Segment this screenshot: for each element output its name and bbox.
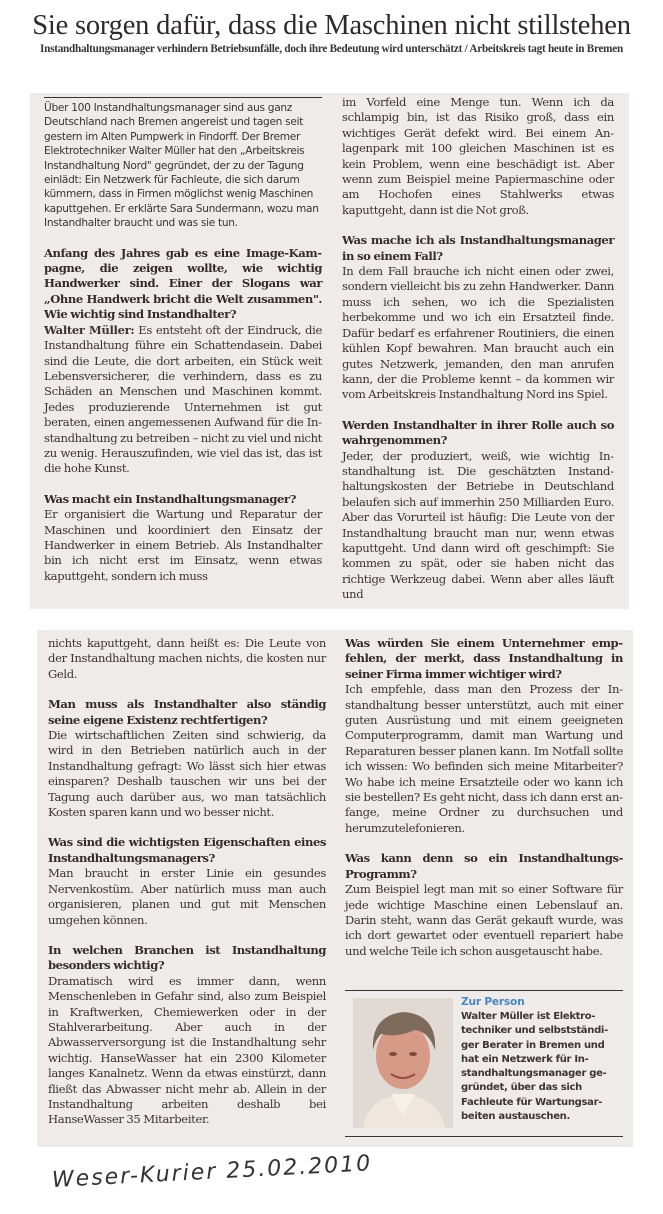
question-9: Was kann denn so ein Instandhaltungs-Pro… <box>345 851 623 882</box>
speaker-label: Walter Müller: <box>44 323 134 337</box>
intro-text: Über 100 Instandhaltungsmanager sind aus… <box>44 101 322 231</box>
answer-7: Dramatisch wird es immer dann, wenn Mens… <box>48 974 326 1128</box>
sidebar-rule-bottom <box>345 1136 623 1137</box>
intro-rule <box>44 97 322 98</box>
person-portrait-icon <box>353 998 453 1128</box>
answer-2-part1: Er organisiert die Wartung und Reparatur… <box>44 507 322 584</box>
answer-6: Man braucht in erster Linie ein gesundes… <box>48 866 326 928</box>
headline: Sie sorgen dafür, dass die Maschinen nic… <box>0 10 663 42</box>
question-5: Man muss als Instandhalter also ständig … <box>48 697 326 728</box>
column-left-top: Über 100 Instandhaltungsmanager sind aus… <box>44 97 322 584</box>
answer-2-part2: im Vorfeld eine Menge tun. Wenn ich da s… <box>342 95 614 218</box>
answer-9: Zum Beispiel legt man mit so einer Soft­… <box>345 882 623 959</box>
answer-4-part1: Jeder, der produziert, weiß, wie wichtig… <box>342 449 614 603</box>
question-1: Anfang des Jahres gab es eine Image-Kam­… <box>44 246 322 323</box>
subheadline: Instandhaltungsmanager verhindern Betrie… <box>0 43 663 55</box>
answer-8: Ich empfehle, dass man den Prozess der I… <box>345 682 623 836</box>
answer-3: In dem Fall brauche ich nicht einen oder… <box>342 264 614 403</box>
sidebar-title: Zur Person <box>461 996 524 1008</box>
article-panel-top: Über 100 Instandhaltungsmanager sind aus… <box>30 93 629 609</box>
question-3: Was mache ich als Instandhaltungsmana­ge… <box>342 233 614 264</box>
answer-5: Die wirtschaftlichen Zeiten sind schwier… <box>48 728 326 820</box>
person-sidebar: Zur Person Walter Müller ist Elektro­tec… <box>345 990 623 1138</box>
answer-1: Walter Müller: Es entsteht oft der Ein­d… <box>44 323 322 477</box>
sidebar-text: Walter Müller ist Elektro­techniker und … <box>461 1010 621 1124</box>
answer-4-part2: nichts kaputtgeht, dann heißt es: Die Le… <box>48 636 326 682</box>
question-2: Was macht ein Instandhaltungsmanager? <box>44 492 322 507</box>
question-6: Was sind die wichtigsten Eigenschaften e… <box>48 835 326 866</box>
sidebar-rule-top <box>345 990 623 991</box>
question-4: Werden Instandhalter in ihrer Rolle auch… <box>342 418 614 449</box>
question-7: In welchen Branchen ist Instandhaltung b… <box>48 943 326 974</box>
question-8: Was würden Sie einem Unternehmer emp­feh… <box>345 636 623 682</box>
column-right-bottom: Was würden Sie einem Unternehmer emp­feh… <box>345 636 623 959</box>
column-left-bottom: nichts kaputtgeht, dann heißt es: Die Le… <box>48 636 326 1128</box>
portrait-photo <box>353 998 453 1128</box>
handwritten-source-note: Weser-Kurier 25.02.2010 <box>51 1151 372 1193</box>
column-right-top: im Vorfeld eine Menge tun. Wenn ich da s… <box>342 95 614 603</box>
